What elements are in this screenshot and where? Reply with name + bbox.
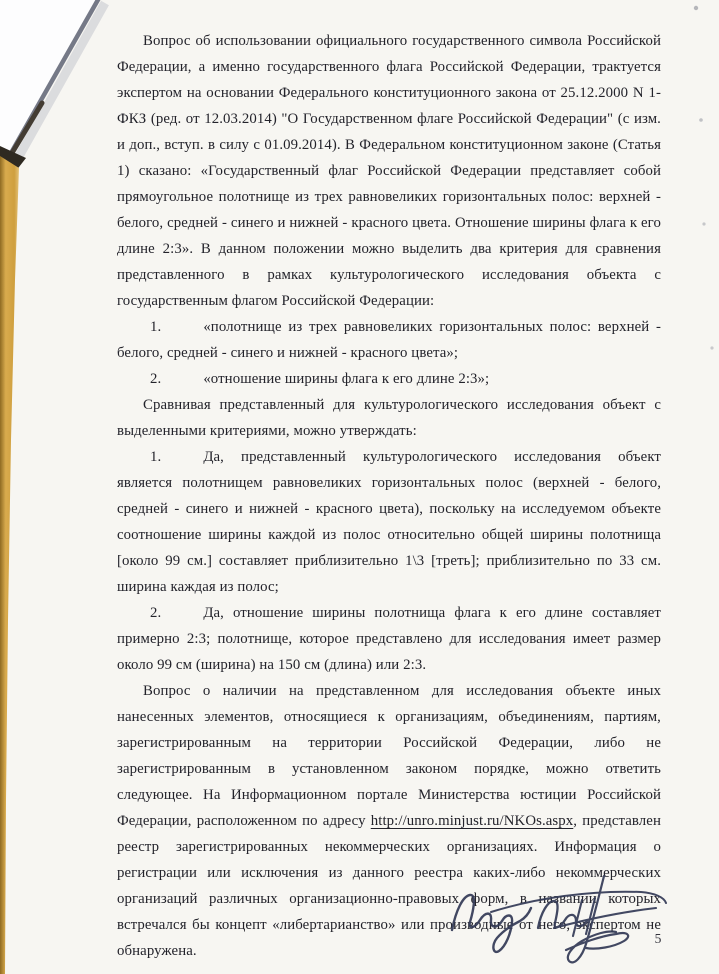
- list-item-text: «полотнище из трех равновеликих горизонт…: [117, 319, 661, 361]
- scan-speck: [702, 222, 705, 225]
- document-text: Вопрос об использовании официального гос…: [117, 28, 661, 964]
- list-item-number: 1.: [150, 319, 161, 335]
- paragraph-comparison-intro: Сравнивая представленный для культуролог…: [117, 392, 661, 444]
- list-item-text: «отношение ширины флага к его длине 2:3»…: [203, 371, 489, 387]
- list-item-text: Да, отношение ширины полотнища флага к е…: [117, 605, 661, 673]
- list-item-number: 2.: [150, 371, 161, 387]
- signature-stroke: [554, 898, 656, 936]
- signature-stroke: [538, 901, 587, 928]
- list-item-number: 2.: [150, 605, 161, 621]
- scan-speck: [710, 346, 713, 349]
- criteria-list-item: 2.«отношение ширины флага к его длине 2:…: [117, 366, 661, 392]
- registry-url-link[interactable]: http://unro.minjust.ru/NKOs.aspx: [371, 813, 574, 829]
- list-item-number: 1.: [150, 449, 161, 465]
- signature: [436, 870, 676, 970]
- findings-list-item: 1.Да, представленный культурологического…: [117, 444, 661, 600]
- signature-stroke: [491, 892, 666, 912]
- paragraph-flag-law: Вопрос об использовании официального гос…: [117, 28, 661, 314]
- paragraph-registry-before-url: Вопрос о наличии на представленном для и…: [117, 683, 661, 829]
- page-number: 5: [648, 931, 668, 947]
- scan-speck: [694, 6, 698, 10]
- criteria-list-item: 1.«полотнище из трех равновеликих горизо…: [117, 314, 661, 366]
- list-item-text: Да, представленный культурологического и…: [117, 449, 661, 595]
- scan-speck: [699, 118, 703, 122]
- findings-list-item: 2.Да, отношение ширины полотнища флага к…: [117, 600, 661, 678]
- scanned-document-page: Вопрос об использовании официального гос…: [0, 0, 719, 974]
